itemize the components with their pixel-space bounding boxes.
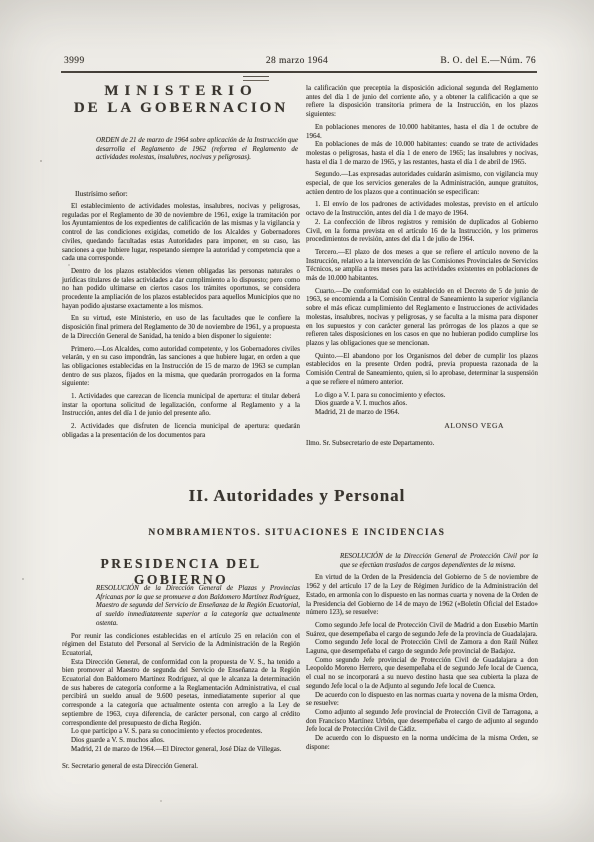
addressee: Sr. Secretario general de esta Dirección… [62, 762, 300, 771]
section-ii-subtitle: NOMBRAMIENTOS. SITUACIONES E INCIDENCIAS [0, 528, 594, 538]
paragraph: Como adjunto al segundo Jefe provincial … [306, 708, 538, 734]
signature: ALONSO VEGA [306, 422, 538, 431]
paragraph: Segundo.—Las expresadas autoridades cuid… [306, 170, 538, 196]
paragraph: Esta Dirección General, de conformidad c… [62, 658, 300, 728]
paragraph: De acuerdo con lo dispuesto en la norma … [306, 734, 538, 751]
issue-number: B. O. del E.—Núm. 76 [440, 56, 536, 66]
resolution-summary: RESOLUCIÓN de la Dirección General de Pr… [340, 552, 538, 569]
ministry-left-column: El establecimiento de actividades molest… [62, 202, 300, 440]
salutation: Ilustrísimo señor: [75, 189, 128, 198]
paragraph: Lo que participo a V. S. para su conocim… [62, 727, 300, 736]
gazette-page: 3999 28 marzo 1964 B. O. del E.—Núm. 76 … [0, 0, 594, 842]
date-underline-mark [243, 76, 269, 81]
closing-line: Lo digo a V. I. para su conocimiento y e… [306, 391, 538, 400]
paragraph: El establecimiento de actividades molest… [62, 202, 300, 263]
paragraph: Por reunir las condiciones establecidas … [62, 632, 300, 658]
closing-line: Dios guarde a V. I. muchos años. [306, 399, 538, 408]
presidencia-right-column: RESOLUCIÓN de la Dirección General de Pr… [306, 552, 538, 751]
paragraph: 2. Actividades que disfruten de licencia… [62, 422, 300, 439]
paragraph: Dios guarde a V. S. muchos años. [62, 736, 300, 745]
section-ii-title: II. Autoridades y Personal [0, 486, 594, 506]
paragraph: 2. La confección de libros registros y r… [306, 218, 538, 244]
resolution-summary: RESOLUCIÓN de la Dirección General de Pl… [96, 584, 300, 628]
ministry-title-line1: MINISTERIO [62, 83, 300, 100]
paragraph: la calificación que preceptúa la disposi… [306, 84, 538, 119]
paragraph: 1. Actividades que carezcan de licencia … [62, 392, 300, 418]
paragraph: Como segundo Jefe local de Protección Ci… [306, 638, 538, 655]
paragraph: En su virtud, este Ministerio, en uso de… [62, 314, 300, 340]
paragraph: Primero.—Los Alcaldes, como autoridad co… [62, 345, 300, 389]
ministry-title-line2: DE LA GOBERNACION [56, 100, 306, 117]
paragraph: En poblaciones de más de 10.000 habitant… [306, 140, 538, 166]
paragraph: 1. El envío de los padrones de actividad… [306, 200, 538, 217]
paragraph: De acuerdo con lo dispuesto en las norma… [306, 691, 538, 708]
ministry-right-column: la calificación que preceptúa la disposi… [306, 84, 538, 448]
paragraph: Como segundo Jefe provincial de Protecci… [306, 656, 538, 691]
presidencia-left-column: RESOLUCIÓN de la Dirección General de Pl… [62, 584, 300, 771]
paragraph: En poblaciones menores de 10.000 habitan… [306, 123, 538, 140]
paragraph: En virtud de la Orden de la Presidencia … [306, 573, 538, 617]
addressee: Ilmo. Sr. Subsecretario de este Departam… [306, 439, 538, 448]
paragraph: Tercero.—El plazo de dos meses a que se … [306, 248, 538, 283]
scan-noise [40, 160, 42, 162]
closing-line: Madrid, 21 de marzo de 1964. [306, 408, 538, 417]
paragraph: Madrid, 21 de marzo de 1964.—El Director… [62, 745, 300, 754]
paragraph: Dentro de los plazos establecidos vienen… [62, 267, 300, 311]
paragraph: Como segundo Jefe local de Protección Ci… [306, 621, 538, 638]
header-rule [61, 71, 537, 73]
paragraph: Cuarto.—De conformidad con lo establecid… [306, 287, 538, 348]
paragraph: Quinto.—El abandono por los Organismos d… [306, 352, 538, 387]
order-summary: ORDEN de 21 de marzo de 1964 sobre aplic… [96, 136, 298, 162]
